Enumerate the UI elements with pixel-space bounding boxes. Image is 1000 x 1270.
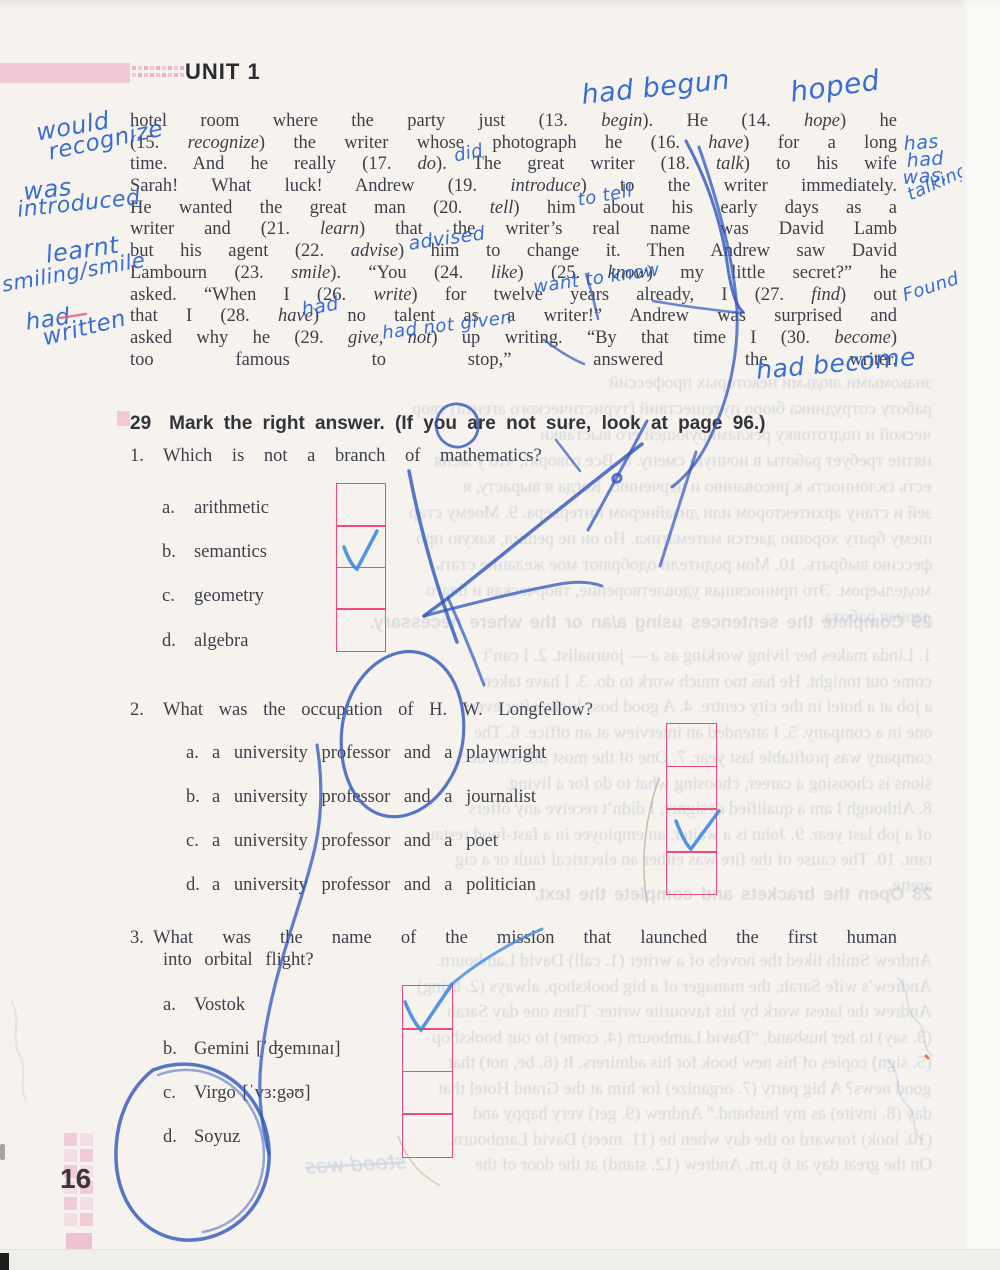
option-text: arithmetic [194,498,269,519]
pink-dot [144,66,148,70]
answer-checkbox[interactable] [402,1028,453,1073]
heading-pink-tick [117,411,130,426]
option-row: b.semantics [162,542,267,563]
bleed-heading: 28 Open the brackets and complete the te… [534,884,932,905]
pink-dot [138,73,142,77]
scan-right-edge [962,0,1000,1270]
answer-checkbox-column [336,483,386,652]
paragraph-line: asked why he (29. give, not) up writing.… [130,328,897,350]
bleed-english-line: Andrew’s wife Sarah, the manager of a bi… [417,976,932,997]
answer-checkbox[interactable] [336,567,386,611]
exercise-text: hotel room where the party just (13. beg… [130,111,897,371]
bleed-handwriting: stood was [304,1149,406,1178]
bleed-heading: 29 Complete the sentences using a/an or … [370,612,932,633]
exercise-number: 29 [130,413,151,434]
pink-dot [156,73,160,77]
pink-dot [174,66,178,70]
pink-dot [132,66,136,70]
pink-dot [180,66,184,70]
pink-dot [80,1197,93,1210]
question-text: 3. What was the name of the mission that… [130,928,897,950]
bleed-english-line: (10. look) forward to the day when he (1… [449,1129,932,1150]
paragraph-line: Lambourn (23. smile). “You (24. like) (2… [130,263,897,285]
bleed-english-line: 1. Linda makes her living working as a —… [483,645,932,666]
pen-stroke [448,598,484,685]
pink-dot [174,73,178,77]
scan-top-edge [0,0,1000,8]
pen-stroke [12,1002,26,1100]
answer-checkbox[interactable] [402,985,453,1030]
pink-dot [162,73,166,77]
pink-dot [168,73,172,77]
pink-dot [64,1213,77,1226]
scan-bottom-edge [0,1249,1000,1270]
answer-checkbox[interactable] [402,1113,453,1158]
pen-stroke [644,778,659,902]
question-text-span: Which is not a branch of mathematics? [163,446,542,466]
option-text: a university professor and a politician [212,875,536,896]
option-letter: b. [162,542,194,563]
bleed-english-line: (3. say) to her husband, “David Lambourn… [432,1027,932,1048]
option-text: a university professor and a poet [212,831,498,852]
option-row: a.arithmetic [162,498,269,519]
question-text-span: What was the occupation of H. W. Longfel… [163,700,593,720]
pink-dot [138,66,142,70]
handwriting-note: Found [900,268,962,306]
option-row: b.a university professor and a journalis… [186,787,536,808]
answer-checkbox-column [402,985,453,1158]
bleed-cyrillic-line: фессию выбрать. 10. Мои родители одобряю… [436,554,932,575]
option-text: Vostok [194,995,245,1016]
pink-dot [132,73,136,77]
question-text: 2.What was the occupation of H. W. Longf… [130,700,593,721]
option-text: a university professor and a journalist [212,787,536,808]
answer-checkbox[interactable] [666,851,717,895]
paragraph-line: writer and (21. learn) that the writer’s… [130,219,897,241]
pink-dot [80,1149,93,1162]
pink-dot [144,73,148,77]
option-row: a.a university professor and a playwrigh… [186,743,546,764]
paragraph-line: asked. “When I (26. write) for twelve ye… [130,285,897,307]
pink-dot [156,66,160,70]
pink-dot [64,1149,77,1162]
option-letter: a. [186,743,212,764]
paragraph-line: Sarah! What luck! Andrew (19. introduce)… [130,176,897,198]
option-row: d.a university professor and a politicia… [186,875,536,896]
bleed-english-line: sions is choosing a career, choosing wha… [505,773,932,794]
pen-stroke [424,444,642,616]
paragraph-line: hotel room where the party just (13. beg… [130,111,897,133]
bleed-cyrillic-line: шему брату хорошо дается математика. Но … [416,528,932,549]
answer-checkbox[interactable] [666,723,717,767]
pen-stroke [556,440,580,471]
option-text: Gemini [ˈʤemɪnaɪ] [194,1039,341,1060]
unit-header-bar [0,63,130,83]
pen-stroke [424,582,602,616]
pink-dot [150,66,154,70]
bleed-cyrillic-line: модельером. Это приносящая удовлетворени… [426,580,932,601]
option-letter: d. [186,875,212,896]
bleed-english-line: Andrew Smith liked the novels of a write… [436,950,932,971]
option-row: d.algebra [162,631,248,652]
scan-left-blot [0,1144,5,1160]
option-letter: d. [163,1127,194,1148]
paragraph-line: He wanted the great man (20. tell) him a… [130,198,897,220]
bleed-english-line: good news? A big party (7. organize) for… [438,1078,932,1099]
paragraph-line: (15. recognize) the writer whose photogr… [130,133,897,155]
option-row: c.geometry [162,586,264,607]
option-row: c.Virgo [ˈvɜ:gəʊ] [163,1083,311,1104]
question-number: 2. [130,700,163,721]
option-row: c.a university professor and a poet [186,831,498,852]
bleed-english-line: arette. [888,875,932,896]
pen-stroke [409,471,457,642]
option-text: Soyuz [194,1127,240,1148]
exercise-title: Mark the right answer. (If you are not s… [169,413,765,434]
bleed-english-line: On the great day at 6 p.m. Andrew (12. s… [475,1154,932,1175]
option-letter: d. [162,631,194,652]
bleed-english-line: (5. sign) copies of his new book for his… [448,1052,932,1073]
option-row: a.Vostok [163,995,245,1016]
answer-checkbox-column [666,723,717,895]
pen-stroke [588,421,647,530]
option-text: semantics [194,542,267,563]
question-text: 1.Which is not a branch of mathematics? [130,446,542,467]
handwriting-note: hoped [788,63,882,108]
option-text: algebra [194,631,248,652]
answer-checkbox[interactable] [402,1071,453,1116]
pink-dot [168,66,172,70]
option-row: b.Gemini [ˈʤemɪnaɪ] [163,1039,341,1060]
answer-checkbox[interactable] [336,525,386,569]
option-letter: c. [163,1083,194,1104]
paragraph-line: but his agent (22. advise) him to change… [130,241,897,263]
pen-stroke [898,978,932,1056]
pen-stroke [888,1060,922,1140]
option-letter: c. [162,586,194,607]
pink-dot [80,1213,93,1226]
page-number: 16 [60,1163,91,1195]
question-number: 1. [130,446,163,467]
answer-checkbox[interactable] [666,766,717,810]
handwriting-note: had begun [580,64,731,110]
option-letter: a. [162,498,194,519]
unit-title: UNIT 1 [185,59,261,85]
pink-dot [64,1197,77,1210]
answer-checkbox[interactable] [336,483,386,527]
paragraph-line: that I (28. have) no talent as a writer!… [130,306,897,328]
answer-checkbox[interactable] [336,608,386,652]
bleed-cyrillic-line: зей и стану архитектором или дизайнером … [409,502,932,523]
pink-dot [162,66,166,70]
option-letter: b. [186,787,212,808]
paragraph-line: time. And he really (17. do). The great … [130,154,897,176]
bleed-english-line: day (8. invite) as my husband.” Andrew (… [473,1103,932,1124]
option-letter: c. [186,831,212,852]
pink-dot [80,1133,93,1146]
pink-dot [180,73,184,77]
pen-stroke [926,1056,928,1058]
exercise-29-heading: 29Mark the right answer. (If you are not… [130,413,766,435]
bleed-english-line: Andrew the latest work by his favourite … [447,1001,932,1022]
question-text-line2: into orbital flight? [163,950,314,971]
option-text: a university professor and a playwright [212,743,546,764]
pink-dot [150,73,154,77]
bleed-cyrillic-line: дарная работа. [820,606,932,627]
bleed-english-line: come out tonight. He has too much work t… [482,671,932,692]
scan-corner-mark [0,1253,9,1270]
option-text: Virgo [ˈvɜ:gəʊ] [194,1083,311,1104]
pen-stroke [660,452,696,566]
bleed-cyrillic-line: есть склонность к рисованию и черчению. … [463,476,932,497]
option-letter: a. [163,995,194,1016]
option-text: geometry [194,586,264,607]
pen-stroke [613,474,621,482]
option-letter: b. [163,1039,194,1060]
option-row: d.Soyuz [163,1127,240,1148]
pink-dot [64,1133,77,1146]
answer-checkbox[interactable] [666,808,717,852]
